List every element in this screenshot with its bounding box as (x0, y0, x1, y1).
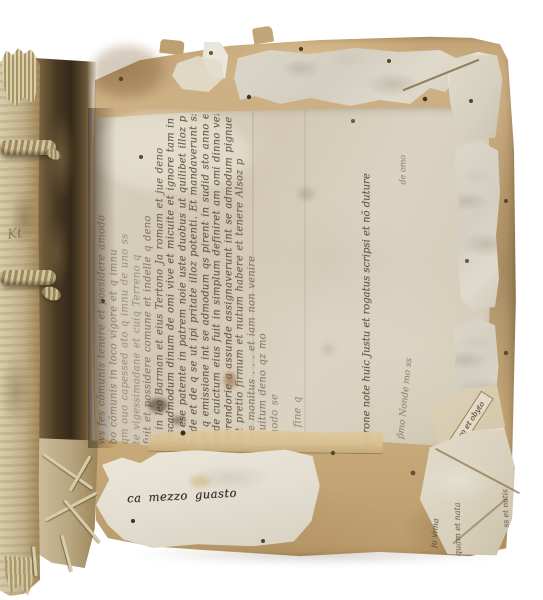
ink-blotch (172, 416, 184, 425)
sewing-cord (0, 270, 56, 285)
book-spine (0, 56, 40, 596)
corner-text-fragment: quam et nata (452, 492, 465, 556)
bottom-turn-in-edge (148, 429, 383, 454)
notarial-subscription-line: ndrone note huic Justu et rogatus scrips… (362, 160, 376, 447)
manuscript-line: fuit et possidere comune et indelle q de… (143, 115, 155, 445)
manuscript-line: bede et de q se ut ipi pritate illoz pot… (189, 115, 201, 445)
smudge-stain (298, 188, 314, 200)
dirt-speckles (0, 0, 2, 2)
manuscript-line: unde cuictum eius fuit in simplum defini… (212, 115, 224, 445)
manuscript-line (281, 115, 293, 445)
stain (92, 46, 162, 96)
manuscript-text-block: ws fes cõmunis tenere et possidere amodo… (97, 115, 350, 445)
gutter-shadow (88, 108, 116, 448)
right-margin-text-fragment: de omo (399, 140, 411, 185)
manuscript-line: de q emissione int se admodum qs pirent … (200, 115, 212, 445)
manuscript-line: Equitum deno qz mo (258, 115, 270, 445)
spine-ink-mark: Kt (7, 225, 40, 254)
manuscript-line (327, 115, 339, 445)
stain (190, 476, 210, 487)
manuscript-line: te vigessimadane et cuiq Terreno q (131, 115, 143, 445)
rust-stain (224, 372, 236, 388)
manuscript-line: amodo se (269, 115, 281, 445)
manuscript-line (304, 115, 316, 445)
manuscript-line: fescadmodum dinum de omi vive et micuite… (166, 115, 178, 445)
manuscript-line (315, 115, 327, 445)
fore-edge-text-fragment: ss et natis (499, 467, 512, 527)
smudge-stain (322, 344, 334, 354)
vellum-frayed-tab (159, 39, 184, 55)
manuscript-line: merendorie a assunde assignaverunt int s… (223, 115, 235, 445)
manuscript-line: que monitus . . . et iam non venire (246, 115, 258, 445)
spine-headband-fray (2, 48, 38, 106)
manuscript-line: et in leo Barman et eius Tertono Ja roma… (154, 115, 166, 445)
manuscript-line: do ese patente in patrem noie uste duobu… (177, 115, 189, 445)
photo-of-vellum-manuscript-book: ws fes cõmunis tenere et possidere amodo… (0, 0, 543, 600)
manuscript-line: de fine q (292, 115, 304, 445)
ink-blotch (148, 398, 168, 412)
manuscript-line: qm ouo capessed ato q imnu de uno ss (120, 115, 132, 445)
hinge-ghost-text: qd ibo ad ne (63, 140, 77, 330)
manuscript-line (338, 115, 350, 445)
manuscript-line: aut pretio firmum et nutum habere et ten… (235, 115, 247, 445)
vellum-frayed-tab (252, 26, 274, 45)
